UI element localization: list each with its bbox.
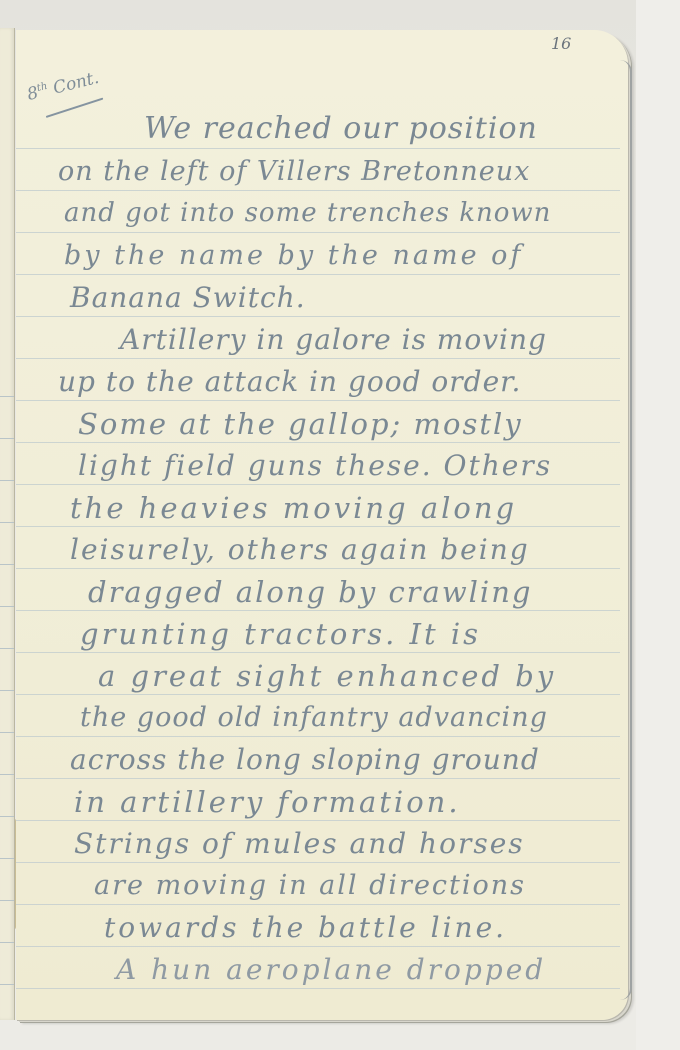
handwritten-line: on the left of Villers Bretonneux: [58, 158, 530, 185]
ruled-line: [16, 484, 620, 485]
handwritten-line: A hun aeroplane dropped: [116, 956, 546, 984]
ruled-line: [16, 442, 620, 443]
ruled-line: [16, 526, 620, 527]
ruled-line: [16, 358, 620, 359]
ruled-line: [16, 778, 620, 779]
notebook-page: 16 8th Cont. We reached our position on …: [16, 30, 628, 1020]
date-heading: 8th Cont.: [25, 68, 101, 105]
ruled-line: [16, 400, 620, 401]
handwritten-line: across the long sloping ground: [70, 746, 540, 774]
ruled-line: [16, 904, 620, 905]
ruled-line: [16, 148, 620, 149]
ruled-line: [16, 316, 620, 317]
ruled-line: [16, 610, 620, 611]
handwritten-line: Banana Switch.: [70, 284, 306, 312]
handwritten-line: and got into some trenches known: [64, 200, 551, 226]
handwritten-line: We reached our position: [144, 114, 538, 144]
ruled-line: [16, 232, 620, 233]
date-underline: [46, 98, 104, 118]
handwritten-line: towards the battle line.: [104, 914, 507, 942]
ruled-line: [16, 820, 620, 821]
handwritten-line: Some at the gallop; mostly: [78, 410, 523, 439]
date-suffix: th: [36, 81, 49, 94]
handwritten-line: the good old infantry advancing: [80, 704, 548, 731]
handwritten-line: Strings of mules and horses: [74, 830, 525, 858]
handwritten-line: light field guns these. Others: [78, 452, 552, 480]
handwritten-line: the heavies moving along: [70, 494, 517, 523]
ruled-line: [16, 190, 620, 191]
ruled-line: [16, 652, 620, 653]
ruled-line: [16, 736, 620, 737]
handwritten-line: a great sight enhanced by: [98, 662, 556, 691]
handwritten-line: Artillery in galore is moving: [120, 326, 547, 354]
handwritten-line: up to the attack in good order.: [58, 368, 521, 396]
handwritten-line: dragged along by crawling: [88, 578, 532, 607]
continued-label: Cont.: [51, 68, 101, 99]
handwritten-line: in artillery formation.: [74, 788, 461, 817]
handwritten-line: by the name by the name of: [64, 242, 523, 269]
handwritten-line: leisurely, others again being: [70, 536, 530, 564]
ruled-line: [16, 694, 620, 695]
background-surface-right: [636, 0, 680, 1050]
ruled-line: [16, 988, 620, 989]
handwritten-line: are moving in all directions: [94, 872, 526, 899]
ruled-line: [16, 568, 620, 569]
ruled-line: [16, 862, 620, 863]
ruled-line: [16, 946, 620, 947]
page-number: 16: [551, 34, 571, 53]
handwritten-line: grunting tractors. It is: [80, 620, 481, 649]
facing-page-edge: [0, 28, 15, 1020]
ruled-line: [16, 274, 620, 275]
